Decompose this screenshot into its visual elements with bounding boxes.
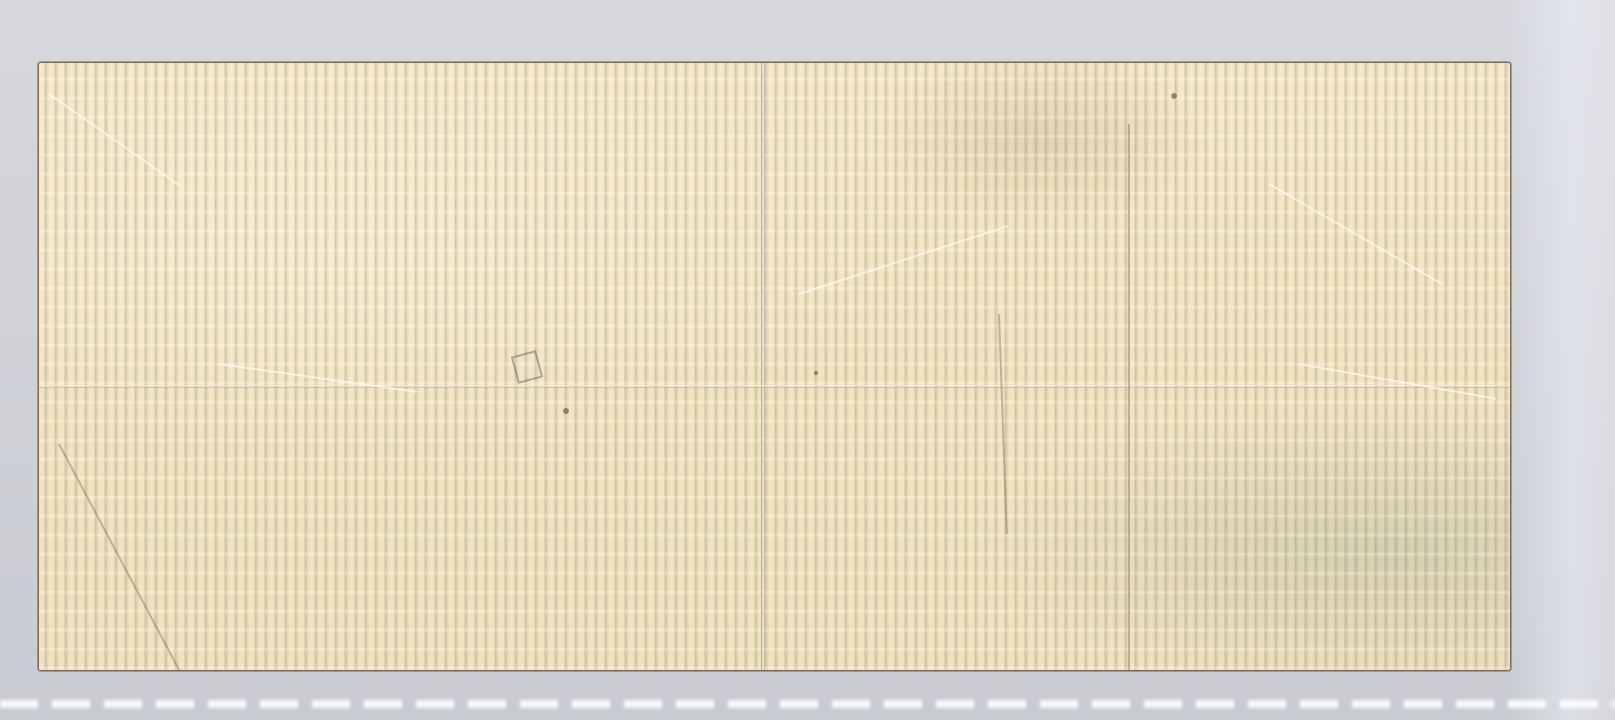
horizontal-fold	[39, 385, 1510, 388]
center-fold	[761, 63, 765, 670]
crease	[1128, 124, 1130, 671]
stain-spot	[563, 408, 569, 414]
stain-spot	[814, 371, 818, 375]
sleeve-edge-glare	[0, 700, 1615, 708]
banknote-back	[38, 62, 1511, 671]
stain-spot	[1171, 93, 1177, 99]
paper-texture	[39, 63, 1510, 670]
sleeve-glare-right	[1505, 0, 1615, 720]
